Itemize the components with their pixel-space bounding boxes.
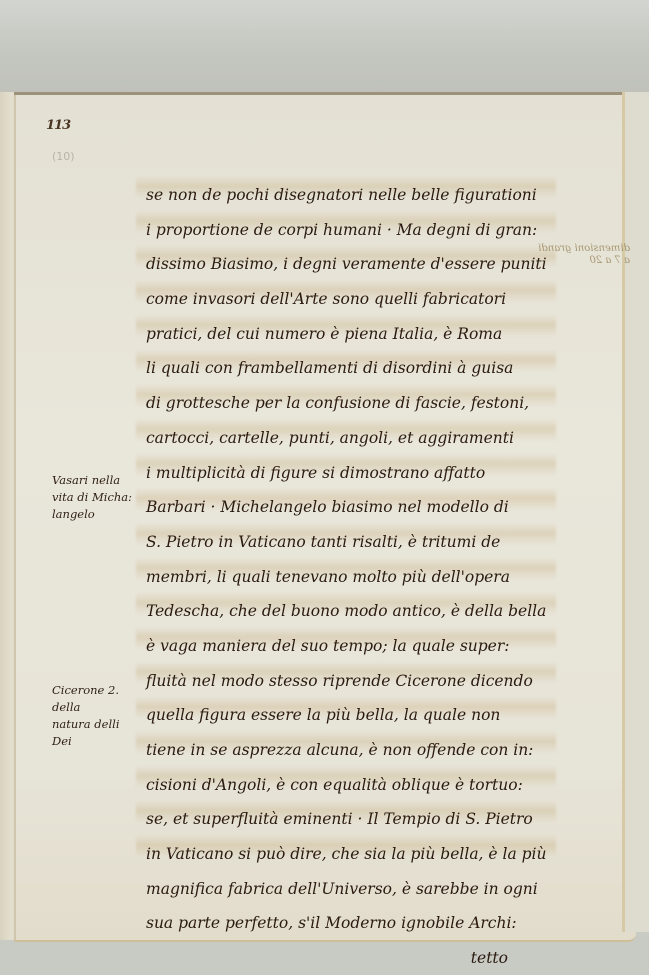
text-line: Tedescha, che del buono modo antico, è d… [146,594,546,629]
text-line: i multiplicità di figure si dimostrano a… [146,456,546,491]
margin-note-line: natura delli Dei [52,716,142,750]
margin-note-line: vita di Micha: [52,489,142,506]
text-line: quella figura essere la più bella, la qu… [146,698,546,733]
main-text-block: se non de pochi disegnatori nelle belle … [146,178,546,975]
text-line: Barbari · Michelangelo biasimo nel model… [146,490,546,525]
text-line: magnifica fabrica dell'Universo, è sareb… [146,872,546,907]
text-line: cisioni d'Angoli, è con equalità oblique… [146,768,546,803]
page-right-edge [625,92,649,932]
text-line: è vaga maniera del suo tempo; la quale s… [146,629,546,664]
text-line: pratici, del cui numero è piena Italia, … [146,317,546,352]
margin-note-vasari: Vasari nella vita di Micha: langelo [52,472,142,523]
text-line: cartocci, cartelle, punti, angoli, et ag… [146,421,546,456]
text-line: fluità nel modo stesso riprende Cicerone… [146,664,546,699]
text-line: i proportione de corpi humani · Ma degni… [146,213,546,248]
text-line: se non de pochi disegnatori nelle belle … [146,178,546,213]
margin-note-line: Cicerone 2. della [52,682,142,716]
margin-note-line: langelo [52,506,142,523]
text-line-catchword: tetto [146,941,546,975]
page-number: 113 [46,118,70,133]
text-line: in Vaticano si può dire, che sia la più … [146,837,546,872]
text-line: dissimo Biasimo, i degni veramente d'ess… [146,247,546,282]
text-line: sua parte perfetto, s'il Moderno ignobil… [146,906,546,941]
scanner-background-top [0,0,649,95]
text-line: come invasori dell'Arte sono quelli fabr… [146,282,546,317]
text-line: membri, li quali tenevano molto più dell… [146,560,546,595]
text-line: se, et superfluità eminenti · Il Tempio … [146,802,546,837]
pencil-folio-mark: (10) [52,150,75,163]
margin-note-line: Vasari nella [52,472,142,489]
text-line: li quali con frambellamenti di disordini… [146,351,546,386]
text-line: di grottesche per la confusione di fasci… [146,386,546,421]
text-line: S. Pietro in Vaticano tanti risalti, è t… [146,525,546,560]
margin-note-cicerone: Cicerone 2. della natura delli Dei [52,682,142,750]
text-line: tiene in se asprezza alcuna, è non offen… [146,733,546,768]
